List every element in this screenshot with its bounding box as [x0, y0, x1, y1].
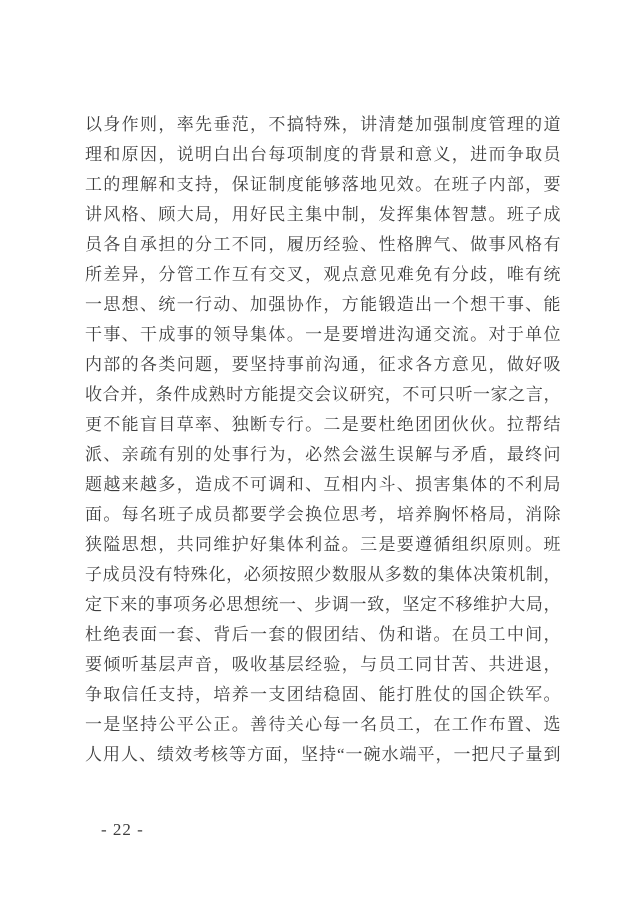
- text-line: 更不能盲目草率、独断专行。二是要杜绝团团伙伙。拉帮结: [85, 410, 561, 440]
- text-line: 争取信任支持，培养一支团结稳固、能打胜仗的国企铁军。: [85, 680, 561, 710]
- text-line: 定下来的事项务必思想统一、步调一致，坚定不移维护大局，: [85, 590, 561, 620]
- text-line: 狭隘思想，共同维护好集体利益。三是要遵循组织原则。班: [85, 530, 561, 560]
- text-line: 员各自承担的分工不同，履历经验、性格脾气、做事风格有: [85, 230, 561, 260]
- document-page: 以身作则，率先垂范，不搞特殊，讲清楚加强制度管理的道理和原因，说明白出台每项制度…: [0, 0, 636, 900]
- text-line: 杜绝表面一套、背后一套的假团结、伪和谐。在员工中间，: [85, 620, 561, 650]
- text-line: 派、亲疏有别的处事行为，必然会滋生误解与矛盾，最终问: [85, 440, 561, 470]
- text-line: 内部的各类问题，要坚持事前沟通，征求各方意见，做好吸: [85, 350, 561, 380]
- text-line: 子成员没有特殊化，必须按照少数服从多数的集体决策机制，: [85, 560, 561, 590]
- page-number: - 22 -: [101, 818, 144, 842]
- text-line: 干事、干成事的领导集体。一是要增进沟通交流。对于单位: [85, 320, 561, 350]
- text-line: 所差异，分管工作互有交叉，观点意见难免有分歧，唯有统: [85, 260, 561, 290]
- text-line: 收合并，条件成熟时方能提交会议研究，不可只听一家之言，: [85, 380, 561, 410]
- text-line: 以身作则，率先垂范，不搞特殊，讲清楚加强制度管理的道: [85, 110, 561, 140]
- text-line: 工的理解和支持，保证制度能够落地见效。在班子内部，要: [85, 170, 561, 200]
- text-line: 要倾听基层声音，吸收基层经验，与员工同甘苦、共进退，: [85, 650, 561, 680]
- text-line: 讲风格、顾大局，用好民主集中制，发挥集体智慧。班子成: [85, 200, 561, 230]
- text-line: 题越来越多，造成不可调和、互相内斗、损害集体的不利局: [85, 470, 561, 500]
- text-line: 一是坚持公平公正。善待关心每一名员工，在工作布置、选: [85, 710, 561, 740]
- text-line: 理和原因，说明白出台每项制度的背景和意义，进而争取员: [85, 140, 561, 170]
- text-line: 面。每名班子成员都要学会换位思考，培养胸怀格局，消除: [85, 500, 561, 530]
- text-line: 人用人、绩效考核等方面，坚持“一碗水端平，一把尺子量到: [85, 740, 561, 770]
- text-line: 一思想、统一行动、加强协作，方能锻造出一个想干事、能: [85, 290, 561, 320]
- body-text: 以身作则，率先垂范，不搞特殊，讲清楚加强制度管理的道理和原因，说明白出台每项制度…: [85, 110, 561, 770]
